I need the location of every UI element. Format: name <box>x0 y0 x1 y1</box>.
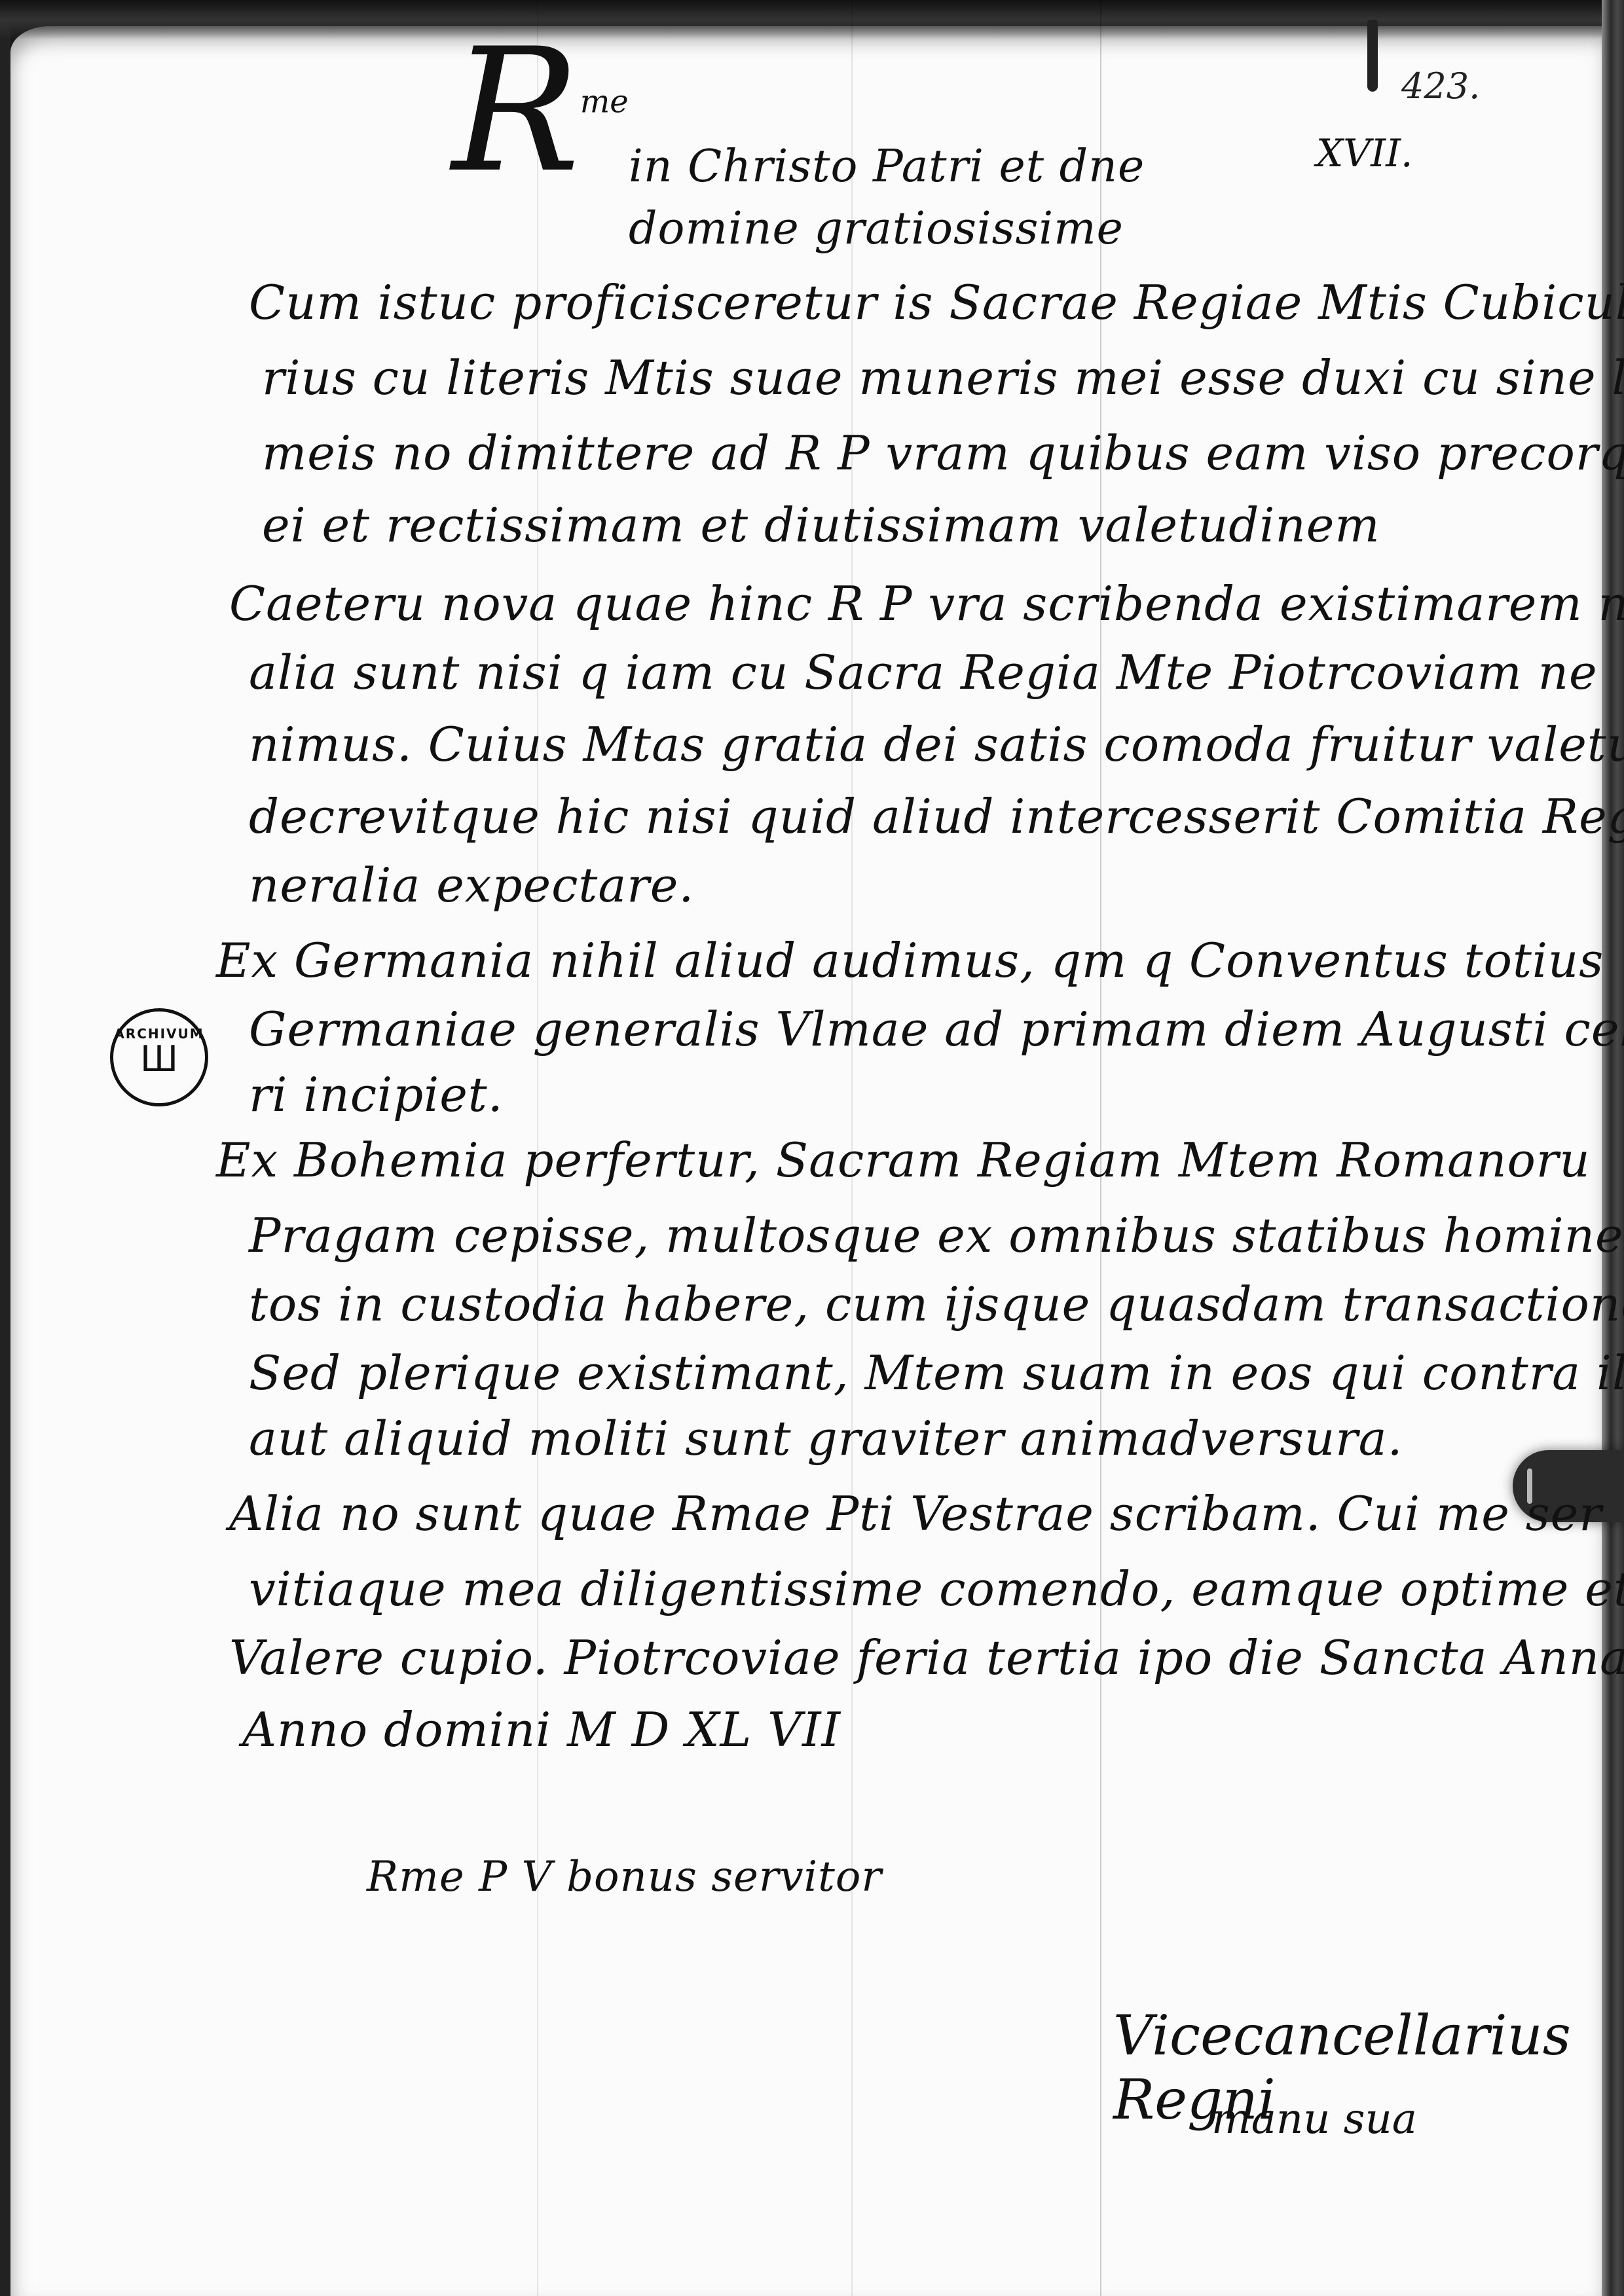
scan-top-shadow <box>0 0 1624 39</box>
paragraph-3-line: ri incipiet. <box>249 1067 504 1122</box>
paragraph-4-line: Ex Bohemia perfertur, Sacram Regiam Mtem… <box>216 1133 1591 1188</box>
stamp-emblem-icon: Ш <box>140 1042 178 1077</box>
paragraph-1-line: rius cu literis Mtis suae muneris mei es… <box>262 350 1624 405</box>
closing-line: Rme P V bonus servitor <box>367 1853 882 1901</box>
paragraph-5-line: Anno domini M D XL VII <box>242 1702 841 1757</box>
salutation-line-2: domine gratiosissime <box>629 203 1124 255</box>
paragraph-4-line: aut aliquid moliti sunt graviter animadv… <box>249 1411 1403 1466</box>
ink-stain <box>1367 20 1378 92</box>
signature-line-2: manu sua <box>1211 2095 1417 2143</box>
scan-right-edge <box>1602 0 1624 2296</box>
paragraph-3-line: Germaniae generalis Vlmae ad primam diem… <box>249 1002 1624 1057</box>
paragraph-5-line: vitiaque mea diligentissime comendo, eam… <box>249 1561 1624 1616</box>
salutation-line-1: in Christo Patri et dne <box>629 141 1145 192</box>
paragraph-4-line: Sed plerique existimant, Mtem suam in eo… <box>249 1345 1624 1400</box>
folio-number: 423. <box>1401 65 1480 107</box>
folio-mark: XVII. <box>1316 131 1412 175</box>
initial-superscript: me <box>580 83 629 120</box>
paragraph-1-line: meis no dimittere ad R P vram quibus eam… <box>262 426 1624 481</box>
paragraph-2-line: decrevitque hic nisi quid aliud interces… <box>249 789 1624 844</box>
paragraph-5-line: Valere cupio. Piotrcoviae feria tertia i… <box>229 1630 1624 1685</box>
paragraph-5-line: Alia no sunt quae Rmae Pti Vestrae scrib… <box>229 1486 1602 1541</box>
paragraph-2-line: Caeteru nova quae hinc R P vra scribenda… <box>229 576 1624 631</box>
paragraph-2-line: alia sunt nisi q iam cu Sacra Regia Mte … <box>249 645 1598 700</box>
initial-letter: R <box>452 12 580 210</box>
salutation-initial: Rme <box>452 26 629 196</box>
paragraph-1-line: ei et rectissimam et diutissimam valetud… <box>262 498 1380 553</box>
archive-stamp: ARCHIVUM Ш <box>110 1008 208 1106</box>
paragraph-3-line: Ex Germania nihil aliud audimus, qm q Co… <box>216 933 1604 988</box>
paragraph-4-line: Pragam cepisse, multosque ex omnibus sta… <box>249 1208 1624 1263</box>
paragraph-2-line: neralia expectare. <box>249 858 694 913</box>
paragraph-4-line: tos in custodia habere, cum ijsque quasd… <box>249 1277 1624 1332</box>
paragraph-1-line: Cum istuc proficisceretur is Sacrae Regi… <box>249 275 1624 330</box>
scan-left-edge <box>0 0 10 2296</box>
paragraph-2-line: nimus. Cuius Mtas gratia dei satis comod… <box>249 717 1624 772</box>
